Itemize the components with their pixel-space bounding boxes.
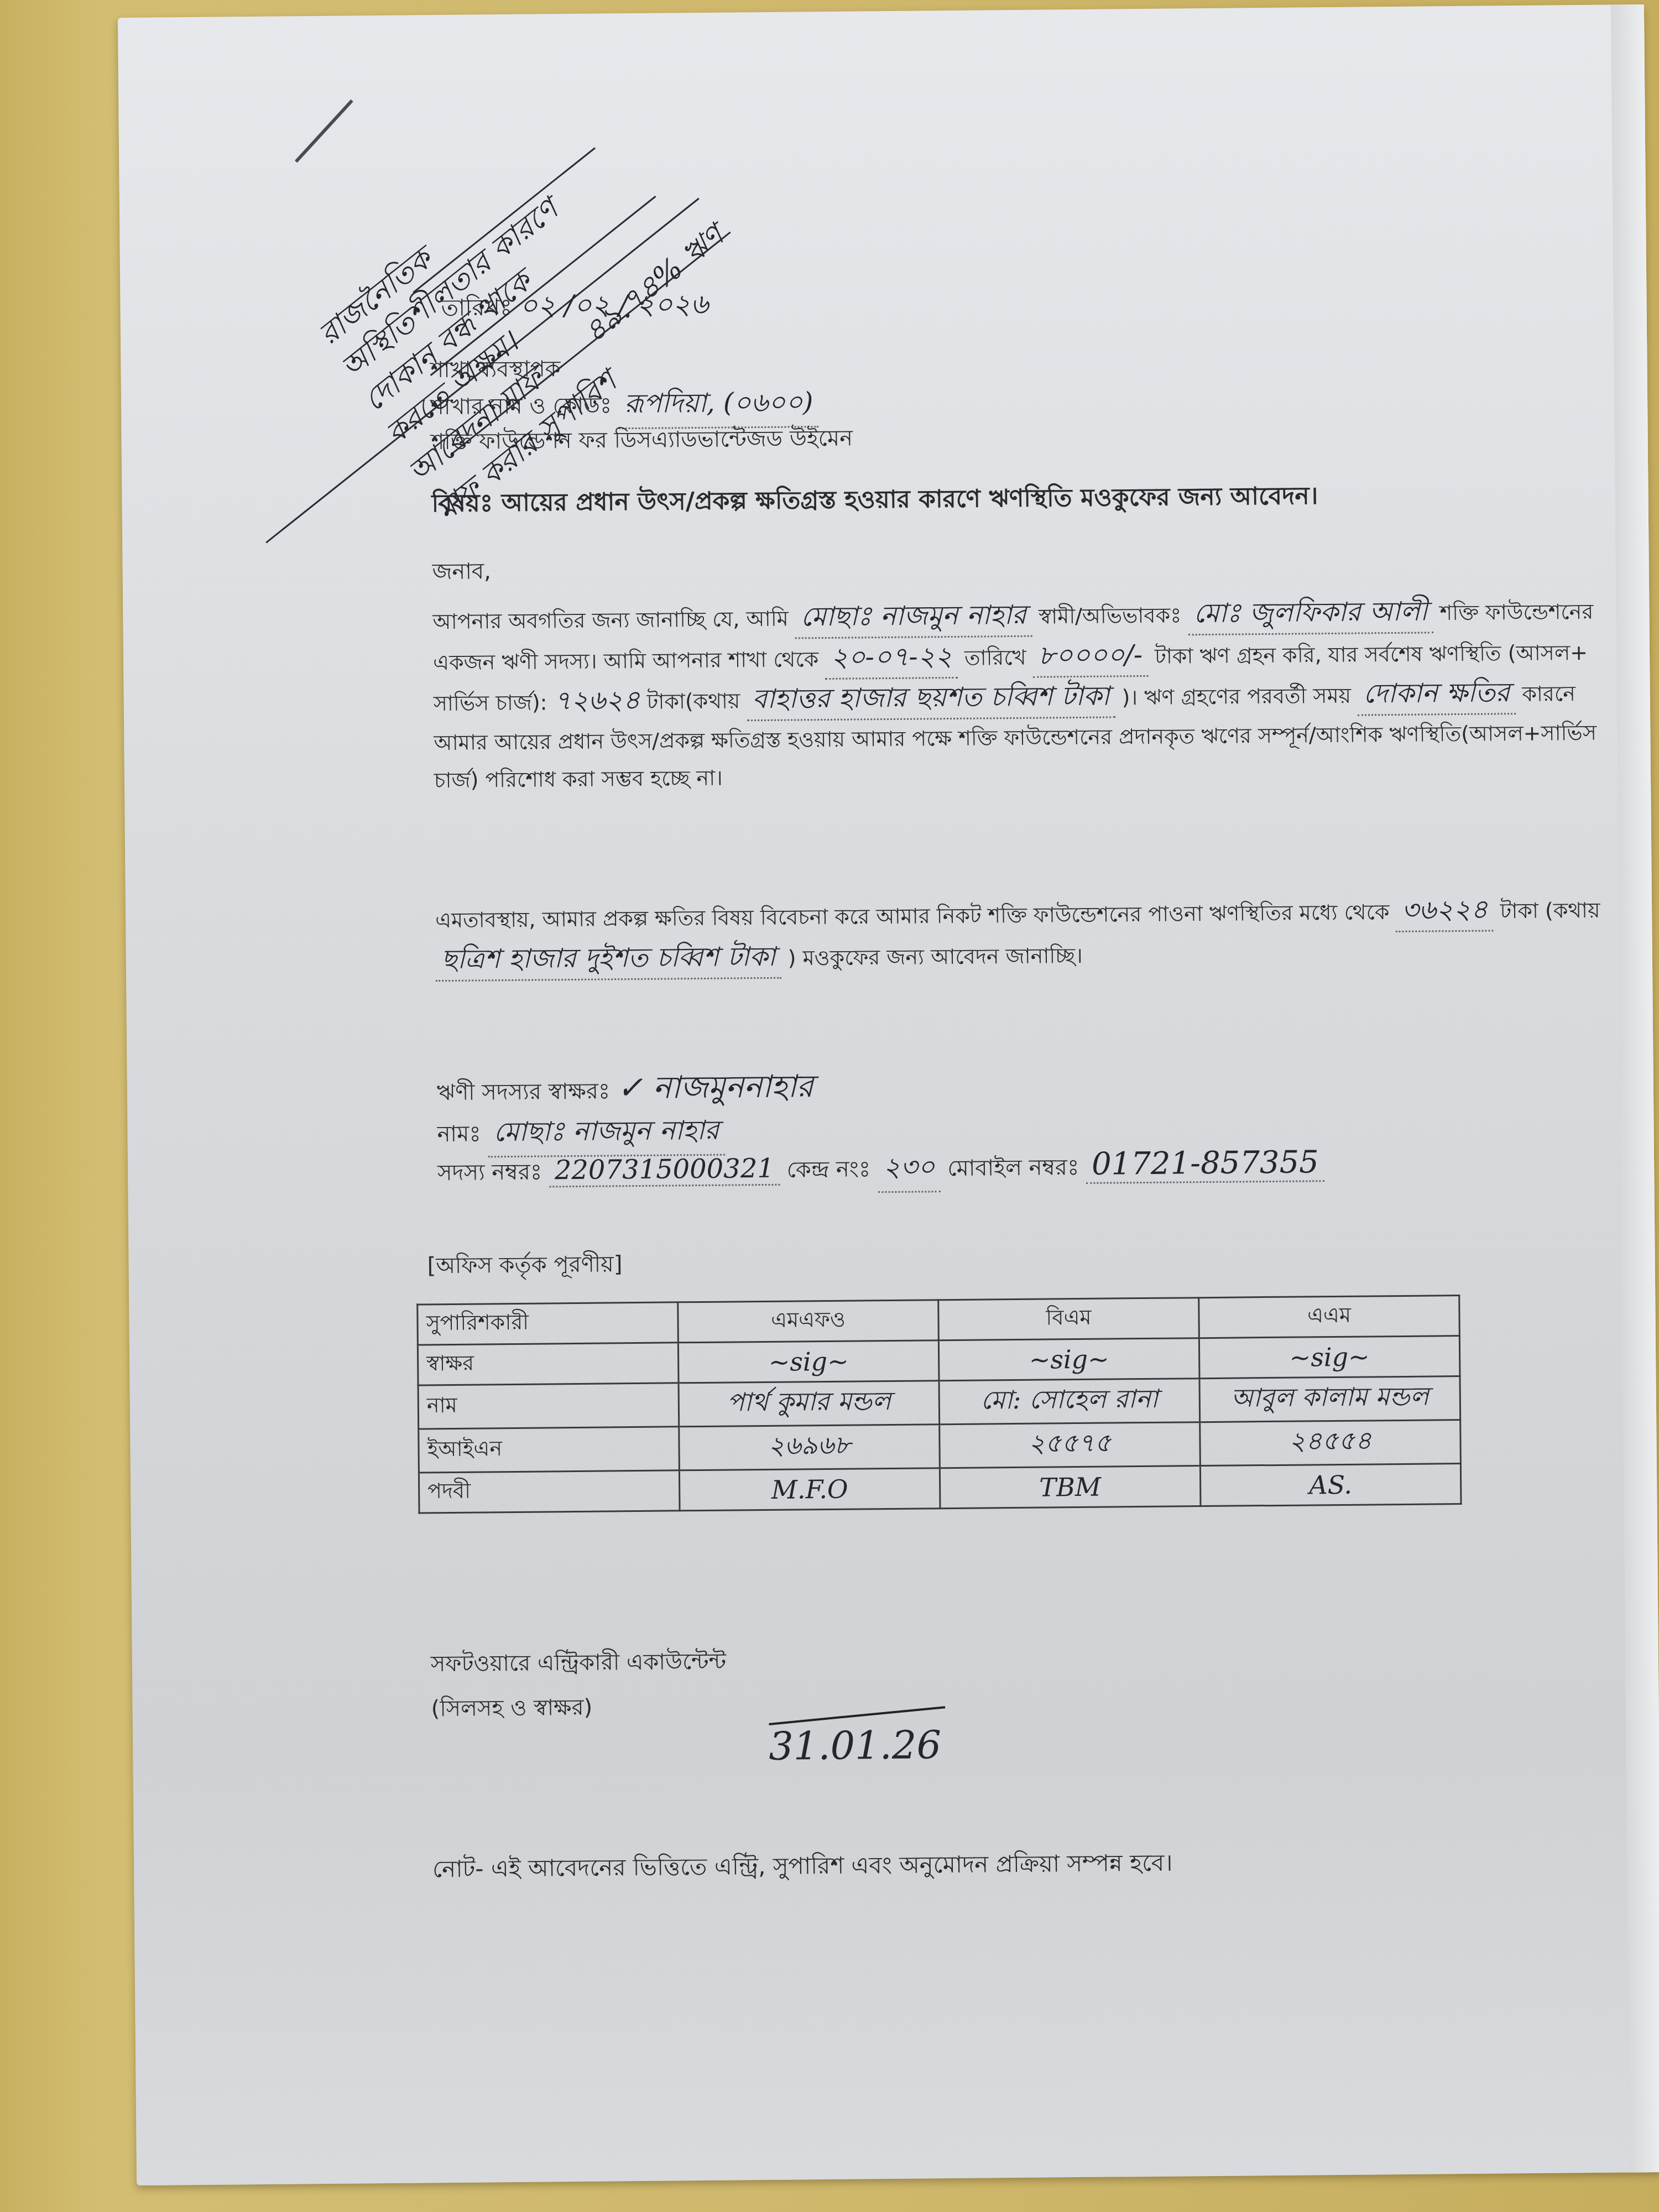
- p2-text: ) মওকুফের জন্য আবেদন জানাচ্ছি।: [788, 943, 1083, 971]
- designation-cell: M.F.O: [679, 1468, 940, 1511]
- row-label: সুপারিশকারী: [418, 1302, 679, 1345]
- document-page: রাজনৈতিক অস্থিতিশীলতার কারণে দোকান বন্ধ …: [118, 4, 1659, 2185]
- accountant-date: 31.01.26: [769, 1722, 941, 1769]
- corner-pen-mark: [295, 100, 353, 163]
- designation-cell: AS.: [1200, 1464, 1461, 1506]
- date-field: তারিখঃ ০২ /০২ / ২০২৬: [441, 284, 708, 332]
- loan-amount: ৮০০০০/-: [1038, 639, 1142, 671]
- footnote: নোট- এই আবেদনের ভিত্তিতে এন্ট্রি, সুপারি…: [432, 1845, 1173, 1891]
- recipient: শাখা ব্যবস্থাপক: [430, 351, 561, 389]
- loan-date: ২০-০৭-২২: [831, 641, 952, 673]
- col-header: এএম: [1199, 1296, 1460, 1338]
- date-value: ০২ /০২ / ২০২৬: [519, 288, 708, 322]
- paper-fold: [1611, 4, 1659, 2172]
- member-ids: সদস্য নম্বরঃ 2207315000321 কেন্দ্র নংঃ ২…: [437, 1144, 1324, 1197]
- p1-text: টাকা(কথায়: [646, 688, 740, 713]
- paragraph-2: এমতাবস্থায়, আমার প্রকল্প ক্ষতির বিষয় ব…: [435, 889, 1625, 982]
- signature-cell: ~sig~: [938, 1338, 1199, 1381]
- ein-cell: ২৪৫৫৪: [1200, 1420, 1461, 1466]
- outstanding-amount: ৭২৬২৪: [554, 685, 640, 716]
- p2-text: টাকা (কথায়: [1500, 898, 1600, 924]
- row-label: নাম: [418, 1383, 679, 1429]
- row-label: ইআইএন: [419, 1427, 680, 1473]
- row-label: স্বাক্ষর: [418, 1343, 679, 1385]
- waiver-amount: ৩৬২২৪: [1401, 894, 1488, 926]
- organization: শক্তি ফাউন্ডেশন ফর ডিসএ্যাডভান্টেজড উইমে…: [431, 421, 853, 462]
- name-cell: মো: সোহেল রানা: [939, 1379, 1200, 1425]
- guardian-name: মোঃ জুলফিকার আলী: [1193, 596, 1428, 629]
- signature-cell: ~sig~: [678, 1340, 939, 1383]
- id-label: সদস্য নম্বরঃ: [437, 1160, 542, 1186]
- mobile-label: মোবাইল নম্বরঃ: [947, 1155, 1079, 1181]
- table-row: পদবী M.F.O TBM AS.: [419, 1464, 1461, 1513]
- borrower-name: মোছাঃ নাজমুন নাহার: [801, 599, 1027, 633]
- member-name: মোছাঃ নাজমুন নাহার: [493, 1115, 719, 1148]
- p1-text: আপনার অবগতির জন্য জানাচ্ছি যে, আমি: [432, 607, 789, 634]
- subject-line: বিষয়ঃ আয়ের প্রধান উৎস/প্রকল্প ক্ষতিগ্র…: [431, 477, 1318, 525]
- col-header: বিএম: [938, 1298, 1199, 1340]
- signature-label: ঋণী সদস্যর স্বাক্ষরঃ: [437, 1078, 611, 1105]
- row-label: পদবী: [419, 1470, 680, 1513]
- name-label: নামঃ: [437, 1121, 481, 1147]
- outstanding-words: বাহাত্তর হাজার ছয়শত চব্বিশ টাকা: [752, 681, 1109, 715]
- branch-label: শাখার নাম ও কোডঃ: [431, 393, 612, 420]
- member-id: 2207315000321: [555, 1153, 774, 1186]
- col-header: এমএফও: [678, 1300, 939, 1343]
- signature-cell: ~sig~: [1199, 1336, 1460, 1379]
- ein-cell: ২৫৫৭৫: [940, 1422, 1201, 1468]
- software-accountant: সফটওয়ারে এন্ট্রিকারী একাউন্টেন্ট (সিলসহ…: [431, 1644, 727, 1729]
- paragraph-1: আপনার অবগতির জন্য জানাচ্ছি যে, আমি মোছাঃ…: [432, 591, 1623, 799]
- mobile-number: 01721-857355: [1092, 1144, 1319, 1182]
- member-signature-field: ঋণী সদস্যর স্বাক্ষরঃ ✓ নাজমুননাহার: [437, 1062, 814, 1118]
- name-cell: আবুল কালাম মন্ডল: [1199, 1376, 1460, 1422]
- p1-text: তারিখে: [964, 645, 1026, 670]
- office-heading: [অফিস কর্তৃক পূরণীয়]: [427, 1246, 622, 1285]
- waiver-words: ছত্রিশ হাজার দুইশত চব্বিশ টাকা: [441, 941, 776, 975]
- salutation: জনাব,: [432, 554, 491, 591]
- branch-value: রূপদিয়া, (০৬০০): [624, 387, 813, 419]
- member-signature: ✓ নাজমুননাহার: [617, 1068, 814, 1106]
- ein-cell: ২৬৯৬৮: [679, 1425, 940, 1470]
- accountant-label: সফটওয়ারে এন্ট্রিকারী একাউন্টেন্ট: [431, 1644, 727, 1684]
- center-number: ২৩০: [883, 1151, 935, 1183]
- office-table: সুপারিশকারী এমএফও বিএম এএম স্বাক্ষর ~sig…: [416, 1295, 1462, 1514]
- date-label: তারিখঃ: [441, 294, 512, 321]
- accountant-sub: (সিলসহ ও স্বাক্ষর): [431, 1689, 727, 1729]
- center-label: কেন্দ্র নংঃ: [786, 1156, 870, 1182]
- name-cell: পার্থ কুমার মন্ডল: [679, 1381, 940, 1427]
- p1-text: )। ঋণ গ্রহণের পরবর্তী সময়: [1121, 684, 1351, 710]
- designation-cell: TBM: [940, 1466, 1201, 1509]
- p2-text: এমতাবস্থায়, আমার প্রকল্প ক্ষতির বিষয় ব…: [435, 900, 1390, 932]
- damage-reason: দোকান ক্ষতির: [1363, 677, 1510, 709]
- p1-text: স্বামী/অভিভাবকঃ: [1039, 603, 1182, 628]
